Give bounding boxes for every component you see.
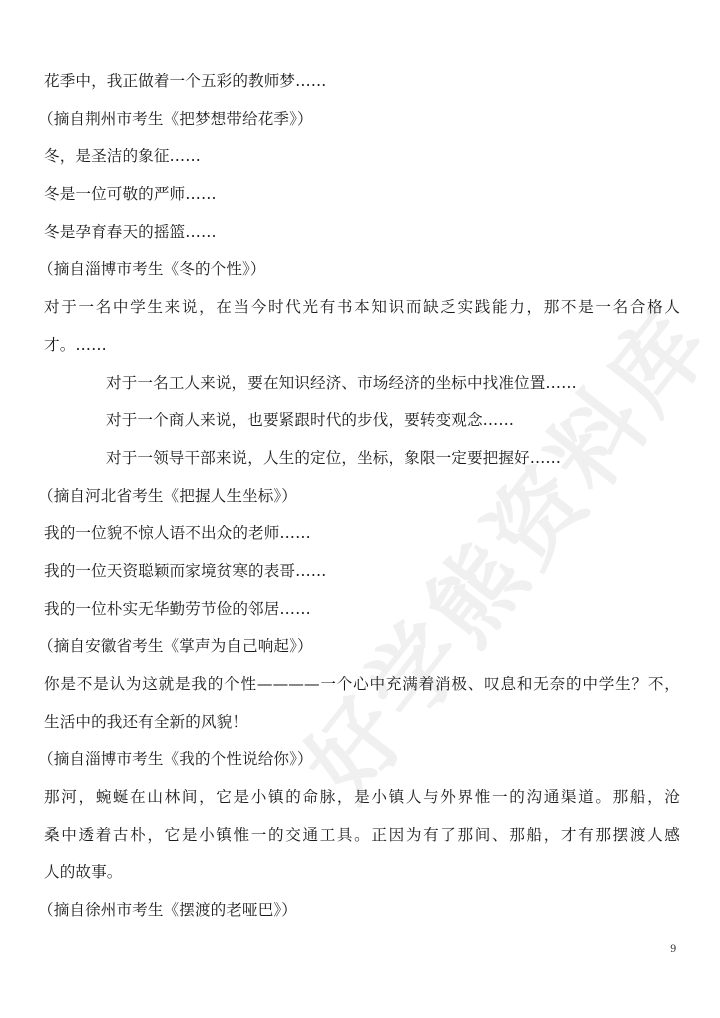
source-citation: （摘自荆州市考生《把梦想带给花季》） xyxy=(38,101,680,139)
body-line: 冬，是圣洁的象征…… xyxy=(44,138,680,176)
body-line: 花季中，我正做着一个五彩的教师梦…… xyxy=(44,63,680,101)
source-citation: （摘自淄博市考生《我的个性说给你》） xyxy=(38,741,680,779)
body-line: 你是不是认为这就是我的个性————一个心中充满着消极、叹息和无奈的中学生？不， xyxy=(44,666,680,704)
source-citation: （摘自河北省考生《把握人生坐标》） xyxy=(38,478,680,516)
body-line: 冬是孕育春天的摇篮…… xyxy=(44,214,680,252)
source-citation: （摘自淄博市考生《冬的个性》） xyxy=(38,251,680,289)
body-line: 人的故事。 xyxy=(44,854,680,892)
document-body: 花季中，我正做着一个五彩的教师梦…… （摘自荆州市考生《把梦想带给花季》） 冬，… xyxy=(44,63,680,930)
source-citation: （摘自安徽省考生《掌声为自己响起》） xyxy=(38,628,680,666)
document-page: 好学熊资料库 花季中，我正做着一个五彩的教师梦…… （摘自荆州市考生《把梦想带给… xyxy=(0,0,720,1018)
body-line: 冬是一位可敬的严师…… xyxy=(44,176,680,214)
indented-line: 对于一领导干部来说，人生的定位，坐标，象限一定要把握好…… xyxy=(44,440,680,478)
page-number: 9 xyxy=(670,944,676,955)
body-line: 我的一位天资聪颖而家境贫寒的表哥…… xyxy=(44,553,680,591)
indented-line: 对于一个商人来说，也要紧跟时代的步伐，要转变观念…… xyxy=(44,402,680,440)
indented-line: 对于一名工人来说，要在知识经济、市场经济的坐标中找准位置…… xyxy=(44,365,680,403)
body-line: 才。…… xyxy=(44,327,680,365)
body-line: 那河，蜿蜒在山林间，它是小镇的命脉，是小镇人与外界惟一的沟通渠道。那船，沧 xyxy=(44,779,680,817)
body-line: 我的一位貌不惊人语不出众的老师…… xyxy=(44,515,680,553)
body-line: 桑中透着古朴，它是小镇惟一的交通工具。正因为有了那间、那船，才有那摆渡人感 xyxy=(44,817,680,855)
body-line: 我的一位朴实无华勤劳节俭的邻居…… xyxy=(44,591,680,629)
body-line: 生活中的我还有全新的风貌！ xyxy=(44,704,680,742)
source-citation: （摘自徐州市考生《摆渡的老哑巴》） xyxy=(38,892,680,930)
body-line: 对于一名中学生来说，在当今时代光有书本知识而缺乏实践能力，那不是一名合格人 xyxy=(44,289,680,327)
